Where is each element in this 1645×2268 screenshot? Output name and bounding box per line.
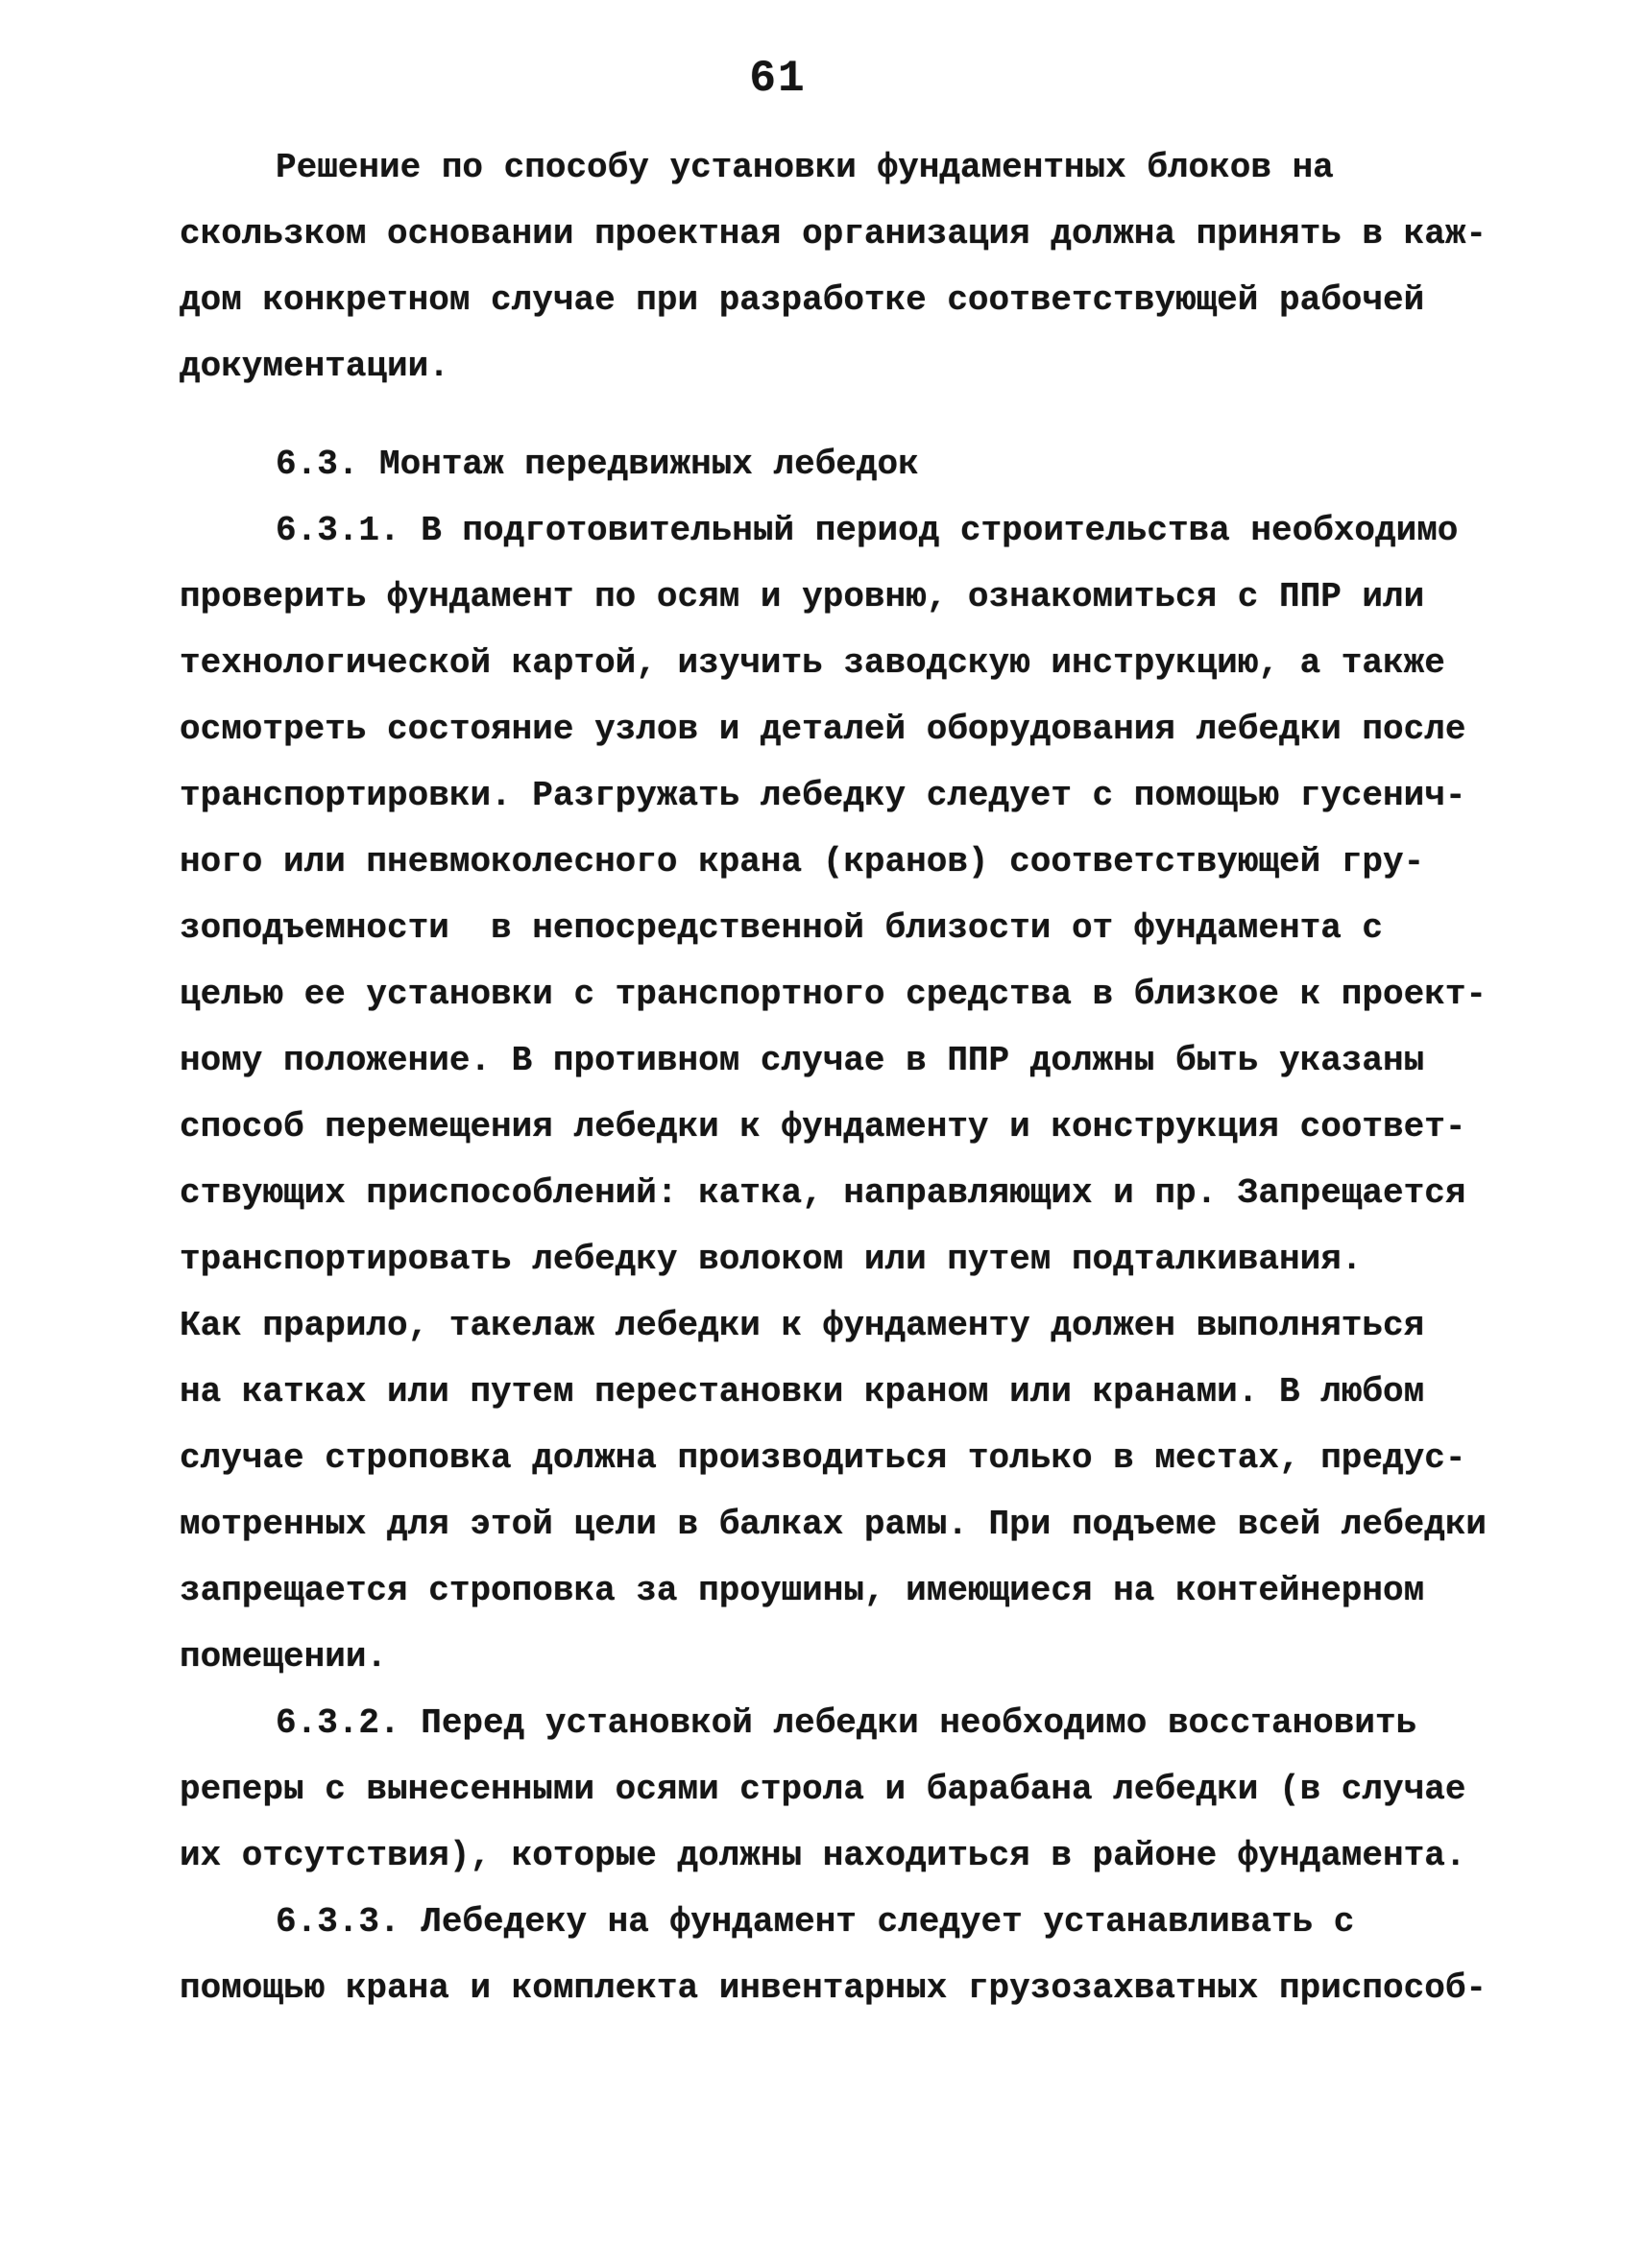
text-line: 6.3.1. В подготовительный период строите… (180, 497, 1543, 564)
text-line: проверить фундамент по осям и уровню, оз… (180, 564, 1543, 630)
text-line: помещении. (180, 1624, 1543, 1690)
text-line: скользком основании проектная организаци… (180, 201, 1543, 267)
text-line: запрещается строповка за проушины, имеющ… (180, 1557, 1543, 1624)
text-line: Решение по способу установки фундаментны… (180, 134, 1543, 201)
text-line: ствующих приспособлений: катка, направля… (180, 1160, 1543, 1226)
scanned-page: 61 Решение по способу установки фундамен… (0, 0, 1645, 2268)
text-line: ному положение. В противном случае в ППР… (180, 1027, 1543, 1094)
text-line: на катках или путем перестановки краном … (180, 1359, 1543, 1425)
text-line: ного или пневмоколесного крана (кранов) … (180, 829, 1543, 895)
text-line: целью ее установки с транспортного средс… (180, 961, 1543, 1027)
text-line: 6.3.2. Перед установкой лебедки необходи… (180, 1690, 1543, 1756)
text-line: зоподъемности в непосредственной близост… (180, 895, 1543, 961)
text-line: 6.3.3. Лебедеку на фундамент следует уст… (180, 1889, 1543, 1955)
text-line: осмотреть состояние узлов и деталей обор… (180, 696, 1543, 762)
text-line: технологической картой, изучить заводску… (180, 630, 1543, 696)
text-line: помощью крана и комплекта инвентарных гр… (180, 1955, 1543, 2021)
text-line: реперы с вынесенными осями строла и бара… (180, 1756, 1543, 1822)
text-line: документации. (180, 333, 1543, 399)
text-line: случае строповка должна производиться то… (180, 1425, 1543, 1491)
text-line: их отсутствия), которые должны находитьс… (180, 1822, 1543, 1889)
text-line: мотренных для этой цели в балках рамы. П… (180, 1491, 1543, 1557)
text-line: способ перемещения лебедки к фундаменту … (180, 1094, 1543, 1160)
text-line: 6.3. Монтаж передвижных лебедок (180, 431, 1543, 497)
page-number: 61 (0, 54, 1556, 104)
text-line: транспортировки. Разгружать лебедку след… (180, 762, 1543, 829)
text-line: транспортировать лебедку волоком или пут… (180, 1226, 1543, 1292)
document-body: Решение по способу установки фундаментны… (180, 134, 1543, 2021)
text-line: Как прарило, такелаж лебедки к фундамент… (180, 1292, 1543, 1359)
text-line: дом конкретном случае при разработке соо… (180, 267, 1543, 333)
